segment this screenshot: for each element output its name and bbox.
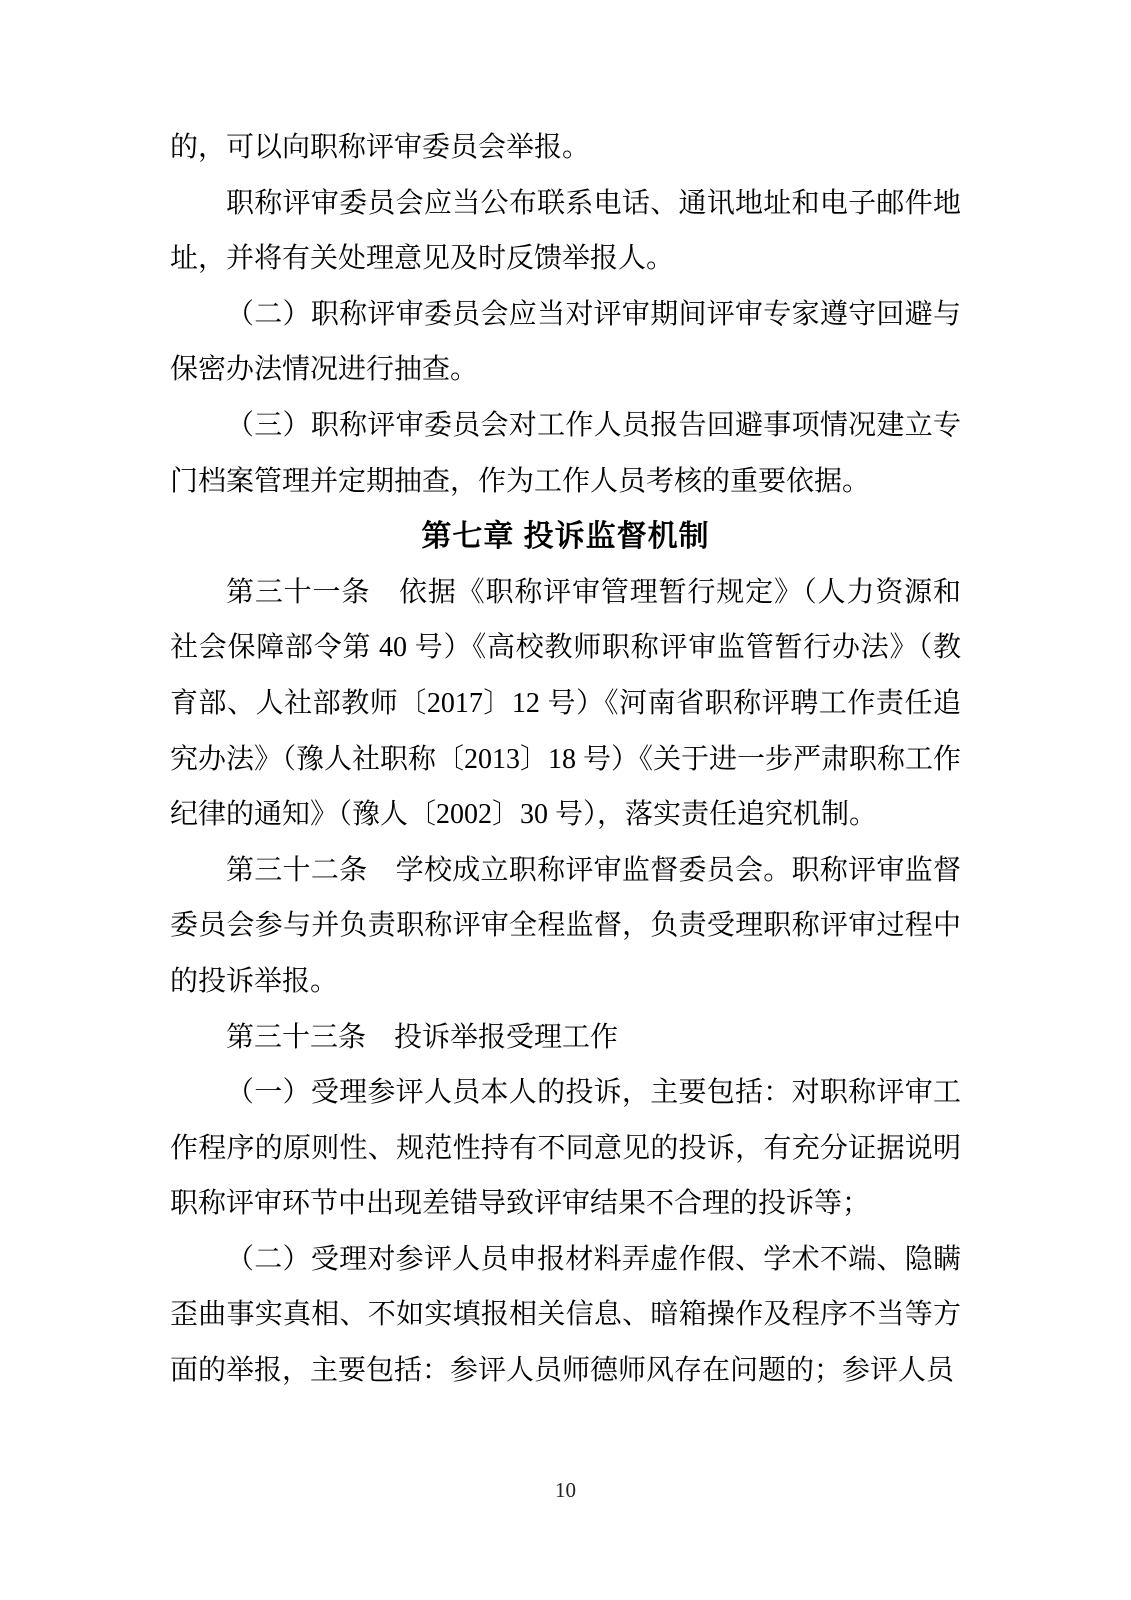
paragraph-item-3: （三）职称评审委员会对工作人员报告回避事项情况建立专门档案管理并定期抽查，作为工… [170, 398, 961, 509]
paragraph-article-31: 第三十一条 依据《职称评审管理暂行规定》（人力资源和社会保障部令第 40 号）《… [170, 565, 961, 843]
page-number: 10 [0, 1478, 1131, 1503]
paragraph-item-2: （二）职称评审委员会应当对评审期间评审专家遵守回避与保密办法情况进行抽查。 [170, 287, 961, 398]
paragraph-article-32: 第三十二条 学校成立职称评审监督委员会。职称评审监督委员会参与并负责职称评审全程… [170, 843, 961, 1010]
paragraph-item-2b: （二）受理对参评人员申报材料弄虚作假、学术不端、隐瞒歪曲事实真相、不如实填报相关… [170, 1232, 961, 1399]
page-content: 的，可以向职称评审委员会举报。 职称评审委员会应当公布联系电话、通讯地址和电子邮… [170, 120, 961, 1399]
document-page: 的，可以向职称评审委员会举报。 职称评审委员会应当公布联系电话、通讯地址和电子邮… [0, 0, 1131, 1600]
paragraph-article-33: 第三十三条 投诉举报受理工作 [170, 1010, 961, 1066]
paragraph-continuation: 的，可以向职称评审委员会举报。 [170, 120, 961, 176]
chapter-heading: 第七章 投诉监督机制 [170, 509, 961, 565]
paragraph: 职称评审委员会应当公布联系电话、通讯地址和电子邮件地址，并将有关处理意见及时反馈… [170, 176, 961, 287]
paragraph-item-1: （一）受理参评人员本人的投诉，主要包括：对职称评审工作程序的原则性、规范性持有不… [170, 1065, 961, 1232]
